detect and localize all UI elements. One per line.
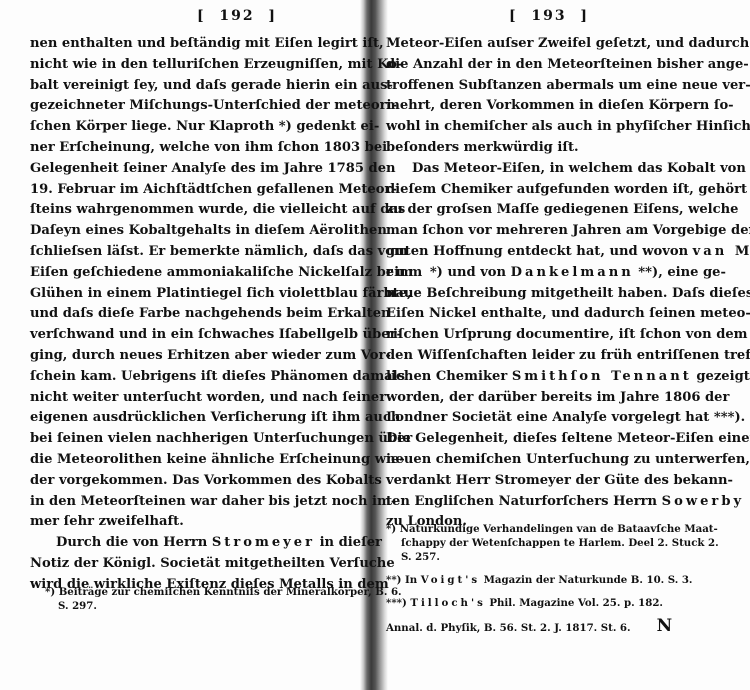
text-line: ſteins wahrgenommen wurde, die vielleich…: [30, 200, 358, 221]
text-line: ſchein kam. Uebrigens iſt dieſes Phänome…: [30, 367, 358, 388]
text-line: rum *) und von Dankelmann **), eine ge-: [386, 263, 716, 284]
text-line: wohl in chemiſcher als auch in phyſiſche…: [386, 117, 716, 138]
text-line: ſchlieſsen läſst. Er bemerkte nämlich, d…: [30, 242, 358, 263]
text-line: Londner Societät eine Analyſe vorgelegt …: [386, 408, 716, 429]
footnote-2: **) In Voigt's Magazin der Naturkunde B.…: [386, 573, 716, 587]
right-page-body: Meteor-Eiſen auſser Zweifel geſetzt, und…: [386, 34, 716, 533]
signature-letter: N: [657, 619, 673, 633]
person-name-dankelmann: Dankelmann: [511, 265, 634, 280]
text-line: naue Beſchreibung mitgetheilt haben. Daſ…: [386, 284, 716, 305]
text-line: riſchen Urſprung documentire, iſt ſchon …: [386, 325, 716, 346]
text-fragment: **), eine ge-: [634, 265, 726, 280]
text-line: nen enthalten und beſtändig mit Eiſen le…: [30, 34, 358, 55]
text-line: den Wiſſenſchaften leider zu früh entriſ…: [386, 346, 716, 367]
text-fragment: Phil. Magazine Vol. 25. p. 182.: [486, 597, 663, 609]
text-line: nicht weiter unterſucht worden, und nach…: [30, 388, 358, 409]
text-fragment: gezeigt: [692, 369, 750, 384]
footnote-1: *) Beiträge zur chemiſchen Kenntniſs der…: [30, 585, 358, 599]
person-name-tennant: Smithſon Tennant: [512, 369, 692, 384]
footnote-1-continuation: S. 297.: [30, 599, 358, 613]
text-line: mehrt, deren Vorkommen in dieſen Körpern…: [386, 96, 716, 117]
text-line: guten Hoffnung entdeckt hat, und wovon v…: [386, 242, 716, 263]
text-line: Daſeyn eines Kobaltgehalts in dieſem Aër…: [30, 221, 358, 242]
text-line: bei ſeinen vielen nachherigen Unterſuchu…: [30, 429, 358, 450]
text-line: lichen Chemiker Smithſon Tennant gezeigt: [386, 367, 716, 388]
text-line: eigenen ausdrücklichen Verſicherung iſt …: [30, 408, 358, 429]
text-line: nicht wie in den telluriſchen Erzeugniſſ…: [30, 55, 358, 76]
text-line: 19. Februar im Aichſtädtſchen gefallenen…: [30, 180, 358, 201]
footnote-3: ***) Tilloch's Phil. Magazine Vol. 25. p…: [386, 596, 716, 610]
text-line: mer ſehr zweifelhaft.: [30, 512, 358, 533]
text-line: ſchen Körper liege. Nur Klaproth *) gede…: [30, 117, 358, 138]
text-line: dieſem Chemiker aufgefunden worden iſt, …: [386, 180, 716, 201]
footnote-1: *) Naturkundige Verhandelingen van de Ba…: [386, 522, 716, 536]
text-line: Glühen in einem Platintiegel ſich violet…: [30, 284, 358, 305]
text-line: ten Engliſchen Naturforſchers Herrn Sowe…: [386, 492, 716, 513]
text-line: Notiz der Königl. Societät mitgetheilten…: [30, 554, 358, 575]
page-number-right: [ 193 ]: [509, 8, 589, 24]
paragraph-start-line: Das Meteor-Eiſen, in welchem das Kobalt …: [386, 159, 716, 180]
text-line: troffenen Subſtanzen abermals um eine ne…: [386, 76, 716, 97]
text-fragment: ***): [386, 597, 410, 609]
text-line: Eiſen geſchiedene ammoniakaliſche Nickel…: [30, 263, 358, 284]
footnote-1-continuation: S. 257.: [386, 550, 716, 564]
text-fragment: **) In: [386, 574, 421, 586]
text-fragment: Durch die von Herrn: [56, 535, 212, 550]
person-name-stromeyer: Stromeyer: [212, 535, 315, 550]
footnote-1-continuation: ſchappy der Wetenſchappen te Harlem. Dee…: [386, 536, 716, 550]
text-line: Gelegenheit ſeiner Analyſe des im Jahre …: [30, 159, 358, 180]
text-fragment: in dieſer: [315, 535, 382, 550]
person-name-sowerby: Sowerby: [662, 494, 744, 509]
person-name-voigt: Voigt's: [421, 574, 480, 586]
text-fragment: ten Engliſchen Naturforſchers Herrn: [386, 494, 662, 509]
right-footnotes: *) Naturkundige Verhandelingen van de Ba…: [386, 522, 716, 635]
paragraph-start-line: Durch die von Herrn Stromeyer in dieſer: [30, 533, 358, 554]
text-line: in den Meteorſteinen war daher bis jetzt…: [30, 492, 358, 513]
text-line: Meteor-Eiſen auſser Zweifel geſetzt, und…: [386, 34, 716, 55]
text-line: zu der groſsen Maſſe gediegenen Eiſens, …: [386, 200, 716, 221]
text-fragment: *) und von: [425, 265, 510, 280]
text-fragment: lichen Chemiker: [386, 369, 512, 384]
book-spread: [ 192 ] nen enthalten und beſtändig mit …: [0, 0, 750, 690]
text-line: beſonders merkwürdig iſt.: [386, 138, 716, 159]
person-name-van-marum: rum: [386, 265, 425, 280]
journal-signature: Annal. d. Phyſik, B. 56. St. 2. J. 1817.…: [386, 621, 631, 635]
left-footnotes: *) Beiträge zur chemiſchen Kenntniſs der…: [30, 585, 358, 613]
text-line: Eiſen Nickel enthalte, und dadurch ſeine…: [386, 304, 716, 325]
text-fragment: Magazin der Naturkunde B. 10. S. 3.: [480, 574, 692, 586]
page-number-left: [ 192 ]: [197, 8, 277, 24]
text-line: man ſchon vor mehreren Jahren am Vorgebi…: [386, 221, 716, 242]
text-line: gezeichneter Miſchungs-Unterſchied der m…: [30, 96, 358, 117]
text-line: und daſs dieſe Farbe nachgehends beim Er…: [30, 304, 358, 325]
text-line: ner Erſcheinung, welche von ihm ſchon 18…: [30, 138, 358, 159]
text-line: die Anzahl der in den Meteorſteinen bish…: [386, 55, 716, 76]
signature-line: Annal. d. Phyſik, B. 56. St. 2. J. 1817.…: [386, 619, 716, 635]
left-page-body: nen enthalten und beſtändig mit Eiſen le…: [30, 34, 358, 596]
text-line: verſchwand und in ein ſchwaches Iſabellg…: [30, 325, 358, 346]
person-name-van-marum: van Ma-: [693, 244, 750, 259]
text-line: neuen chemiſchen Unterſuchung zu unterwe…: [386, 450, 716, 471]
text-line: balt vereinigt ſey, und daſs gerade hier…: [30, 76, 358, 97]
text-line: verdankt Herr Stromeyer der Güte des bek…: [386, 471, 716, 492]
text-line: Die Gelegenheit, dieſes ſeltene Meteor-E…: [386, 429, 716, 450]
text-line: der vorgekommen. Das Vorkommen des Kobal…: [30, 471, 358, 492]
text-line: die Meteorolithen keine ähnliche Erſchei…: [30, 450, 358, 471]
text-line: ging, durch neues Erhitzen aber wieder z…: [30, 346, 358, 367]
person-name-tilloch: Tilloch's: [410, 597, 485, 609]
text-line: worden, der darüber bereits im Jahre 180…: [386, 388, 716, 409]
text-fragment: guten Hoffnung entdeckt hat, und wovon: [386, 244, 693, 259]
